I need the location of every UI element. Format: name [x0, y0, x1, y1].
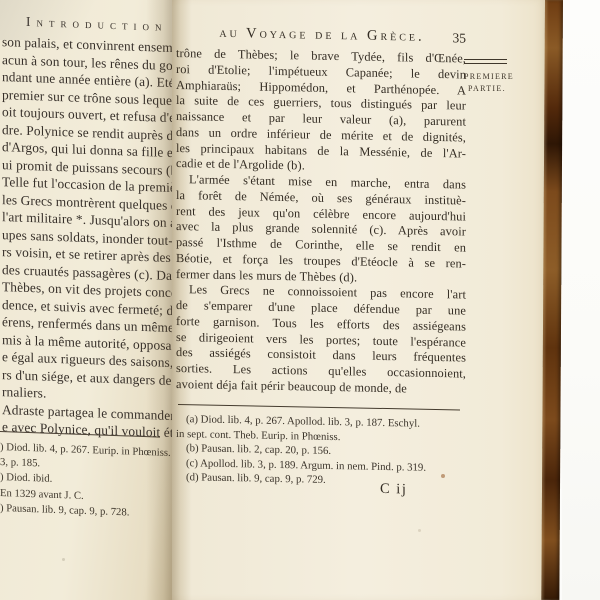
margin-note: PREMIERE PARTIE.	[464, 59, 512, 96]
running-header-left: Introduction	[26, 14, 168, 35]
part-label-line1: PREMIERE	[464, 71, 512, 84]
leather-fore-edge	[541, 0, 563, 600]
part-label-line2: PARTIE.	[464, 83, 512, 96]
footnote-rule-right	[178, 404, 460, 410]
left-footnote-line: ) Pausan. lib. 9, cap. 9, p. 728.	[0, 501, 172, 530]
left-page-body-text: son palais, et convinrent ensemble de te…	[2, 33, 172, 449]
left-page: Introduction son palais, et convinrent e…	[0, 0, 172, 600]
page-number: 35	[453, 30, 467, 46]
running-header-title: au Voyage de la Grèce.	[206, 25, 438, 46]
signature-mark: C ij	[380, 481, 407, 499]
photo-background	[562, 0, 600, 600]
running-header-right: au Voyage de la Grèce. 35	[176, 24, 468, 48]
left-page-footnotes: ) Diod. lib. 4, p. 267. Eurip. in Phœnis…	[0, 440, 172, 530]
right-page-body-text: trône de Thèbes; le brave Tydée, fils d'…	[176, 46, 466, 398]
margin-double-rule	[464, 59, 507, 64]
right-page-content: au Voyage de la Grèce. 35 trône de Thèbe…	[176, 0, 468, 600]
right-page-footnotes: (a) Diod. lib. 4, p. 267. Apollod. lib. …	[176, 412, 468, 491]
left-page-content: Introduction son palais, et convinrent e…	[0, 0, 172, 14]
